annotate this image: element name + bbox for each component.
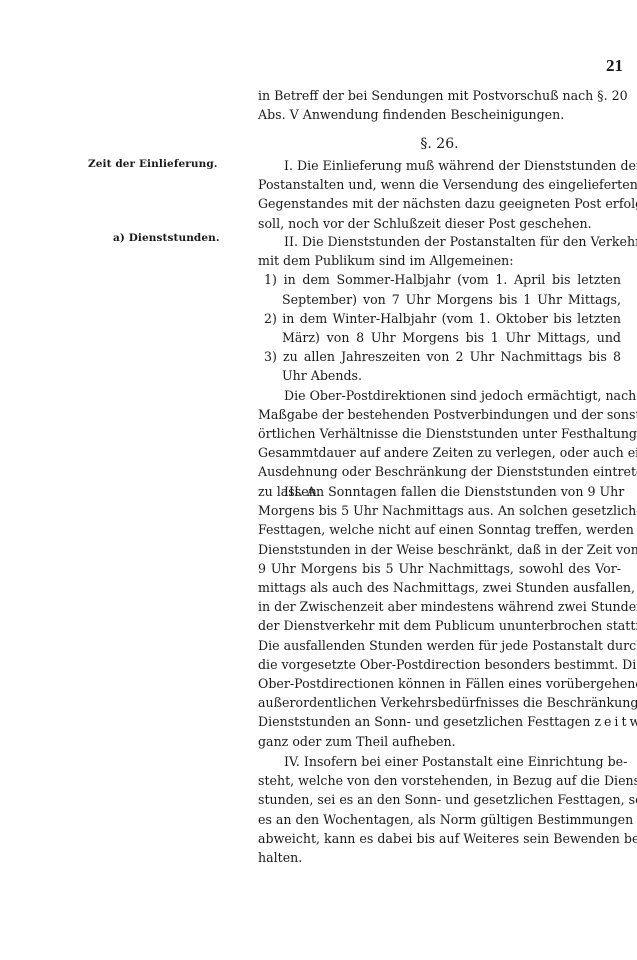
text-line: mit dem Publikum sind im Allgemeinen: (258, 251, 621, 270)
text-line: halten. (258, 848, 621, 867)
text-line: Ausdehnung oder Beschränkung der Diensts… (258, 462, 621, 481)
paragraph-I: I. Die Einlieferung muß während der Dien… (258, 156, 621, 233)
text-line: Die ausfallenden Stunden werden für jede… (258, 636, 621, 655)
list-item-1-cont: September) von 7 Uhr Morgens bis 1 Uhr M… (258, 290, 621, 309)
text-line: in Betreff der bei Sendungen mit Postvor… (258, 86, 621, 105)
paragraph-II: II. Die Dienststunden der Postanstalten … (258, 232, 621, 501)
text-line: in der Zwischenzeit aber mindestens währ… (258, 597, 621, 616)
text-line: abweicht, kann es dabei bis auf Weiteres… (258, 829, 621, 848)
text-line: steht, welche von den vorstehenden, in B… (258, 771, 621, 790)
emphasized-word: zeitweise (594, 714, 637, 729)
page-number: 21 (606, 56, 623, 76)
text-line: der Dienstverkehr mit dem Publicum ununt… (258, 616, 621, 635)
text-line: Gegenstandes mit der nächsten dazu geeig… (258, 194, 621, 213)
text-line: es an den Wochentagen, als Norm gültigen… (258, 810, 621, 829)
text-line: soll, noch vor der Schlußzeit dieser Pos… (258, 214, 621, 233)
text-line: die vorgesetzte Ober-Postdirection beson… (258, 655, 621, 674)
list-item-2-cont: März) von 8 Uhr Morgens bis 1 Uhr Mittag… (258, 328, 621, 347)
text-line: Abs. V Anwendung findenden Bescheinigung… (258, 105, 621, 124)
text-line: Gesammtdauer auf andere Zeiten zu verleg… (258, 443, 621, 462)
text-line: Dienststunden in der Weise beschränkt, d… (258, 540, 621, 559)
intro-text: in Betreff der bei Sendungen mit Postvor… (258, 86, 621, 124)
margin-note-einlieferung: Zeit der Einlieferung. (88, 158, 218, 170)
margin-note-dienststunden: a) Dienststunden. (113, 232, 220, 244)
text-line: außerordentlichen Verkehrsbedürfnisses d… (258, 693, 621, 712)
section-heading: §. 26. (258, 136, 621, 152)
text-line: mittags als auch des Nachmittags, zwei S… (258, 578, 621, 597)
text-fragment: Dienststunden an Sonn- und gesetzlichen … (258, 714, 594, 729)
list-item-1: 1) in dem Sommer-Halbjahr (vom 1. April … (258, 270, 621, 289)
text-line: 9 Uhr Morgens bis 5 Uhr Nachmittags, sow… (258, 559, 621, 578)
text-line: Dienststunden an Sonn- und gesetzlichen … (258, 712, 621, 731)
paragraph-IV: IV. Insofern bei einer Postanstalt eine … (258, 752, 621, 867)
text-line: Maßgabe der bestehenden Postverbindungen… (258, 405, 621, 424)
text-line: ganz oder zum Theil aufheben. (258, 732, 621, 751)
text-line: III. An Sonntagen fallen die Dienststund… (258, 482, 621, 501)
text-line: örtlichen Verhältnisse die Dienststunden… (258, 424, 621, 443)
text-line: I. Die Einlieferung muß während der Dien… (258, 156, 621, 175)
text-line: Morgens bis 5 Uhr Nachmittags aus. An so… (258, 501, 621, 520)
text-line: Postanstalten und, wenn die Versendung d… (258, 175, 621, 194)
text-line: Festtagen, welche nicht auf einen Sonnta… (258, 520, 621, 539)
list-item-3-cont: Uhr Abends. (258, 366, 621, 385)
list-item-3: 3) zu allen Jahreszeiten von 2 Uhr Nachm… (258, 347, 621, 366)
paragraph-III: III. An Sonntagen fallen die Dienststund… (258, 482, 621, 751)
list-item-2: 2) in dem Winter-Halbjahr (vom 1. Oktobe… (258, 309, 621, 328)
text-line: Ober-Postdirectionen können in Fällen ei… (258, 674, 621, 693)
text-line: II. Die Dienststunden der Postanstalten … (258, 232, 621, 251)
text-line: IV. Insofern bei einer Postanstalt eine … (258, 752, 621, 771)
text-line: Die Ober-Postdirektionen sind jedoch erm… (258, 386, 621, 405)
text-line: stunden, sei es an den Sonn- und gesetzl… (258, 790, 621, 809)
